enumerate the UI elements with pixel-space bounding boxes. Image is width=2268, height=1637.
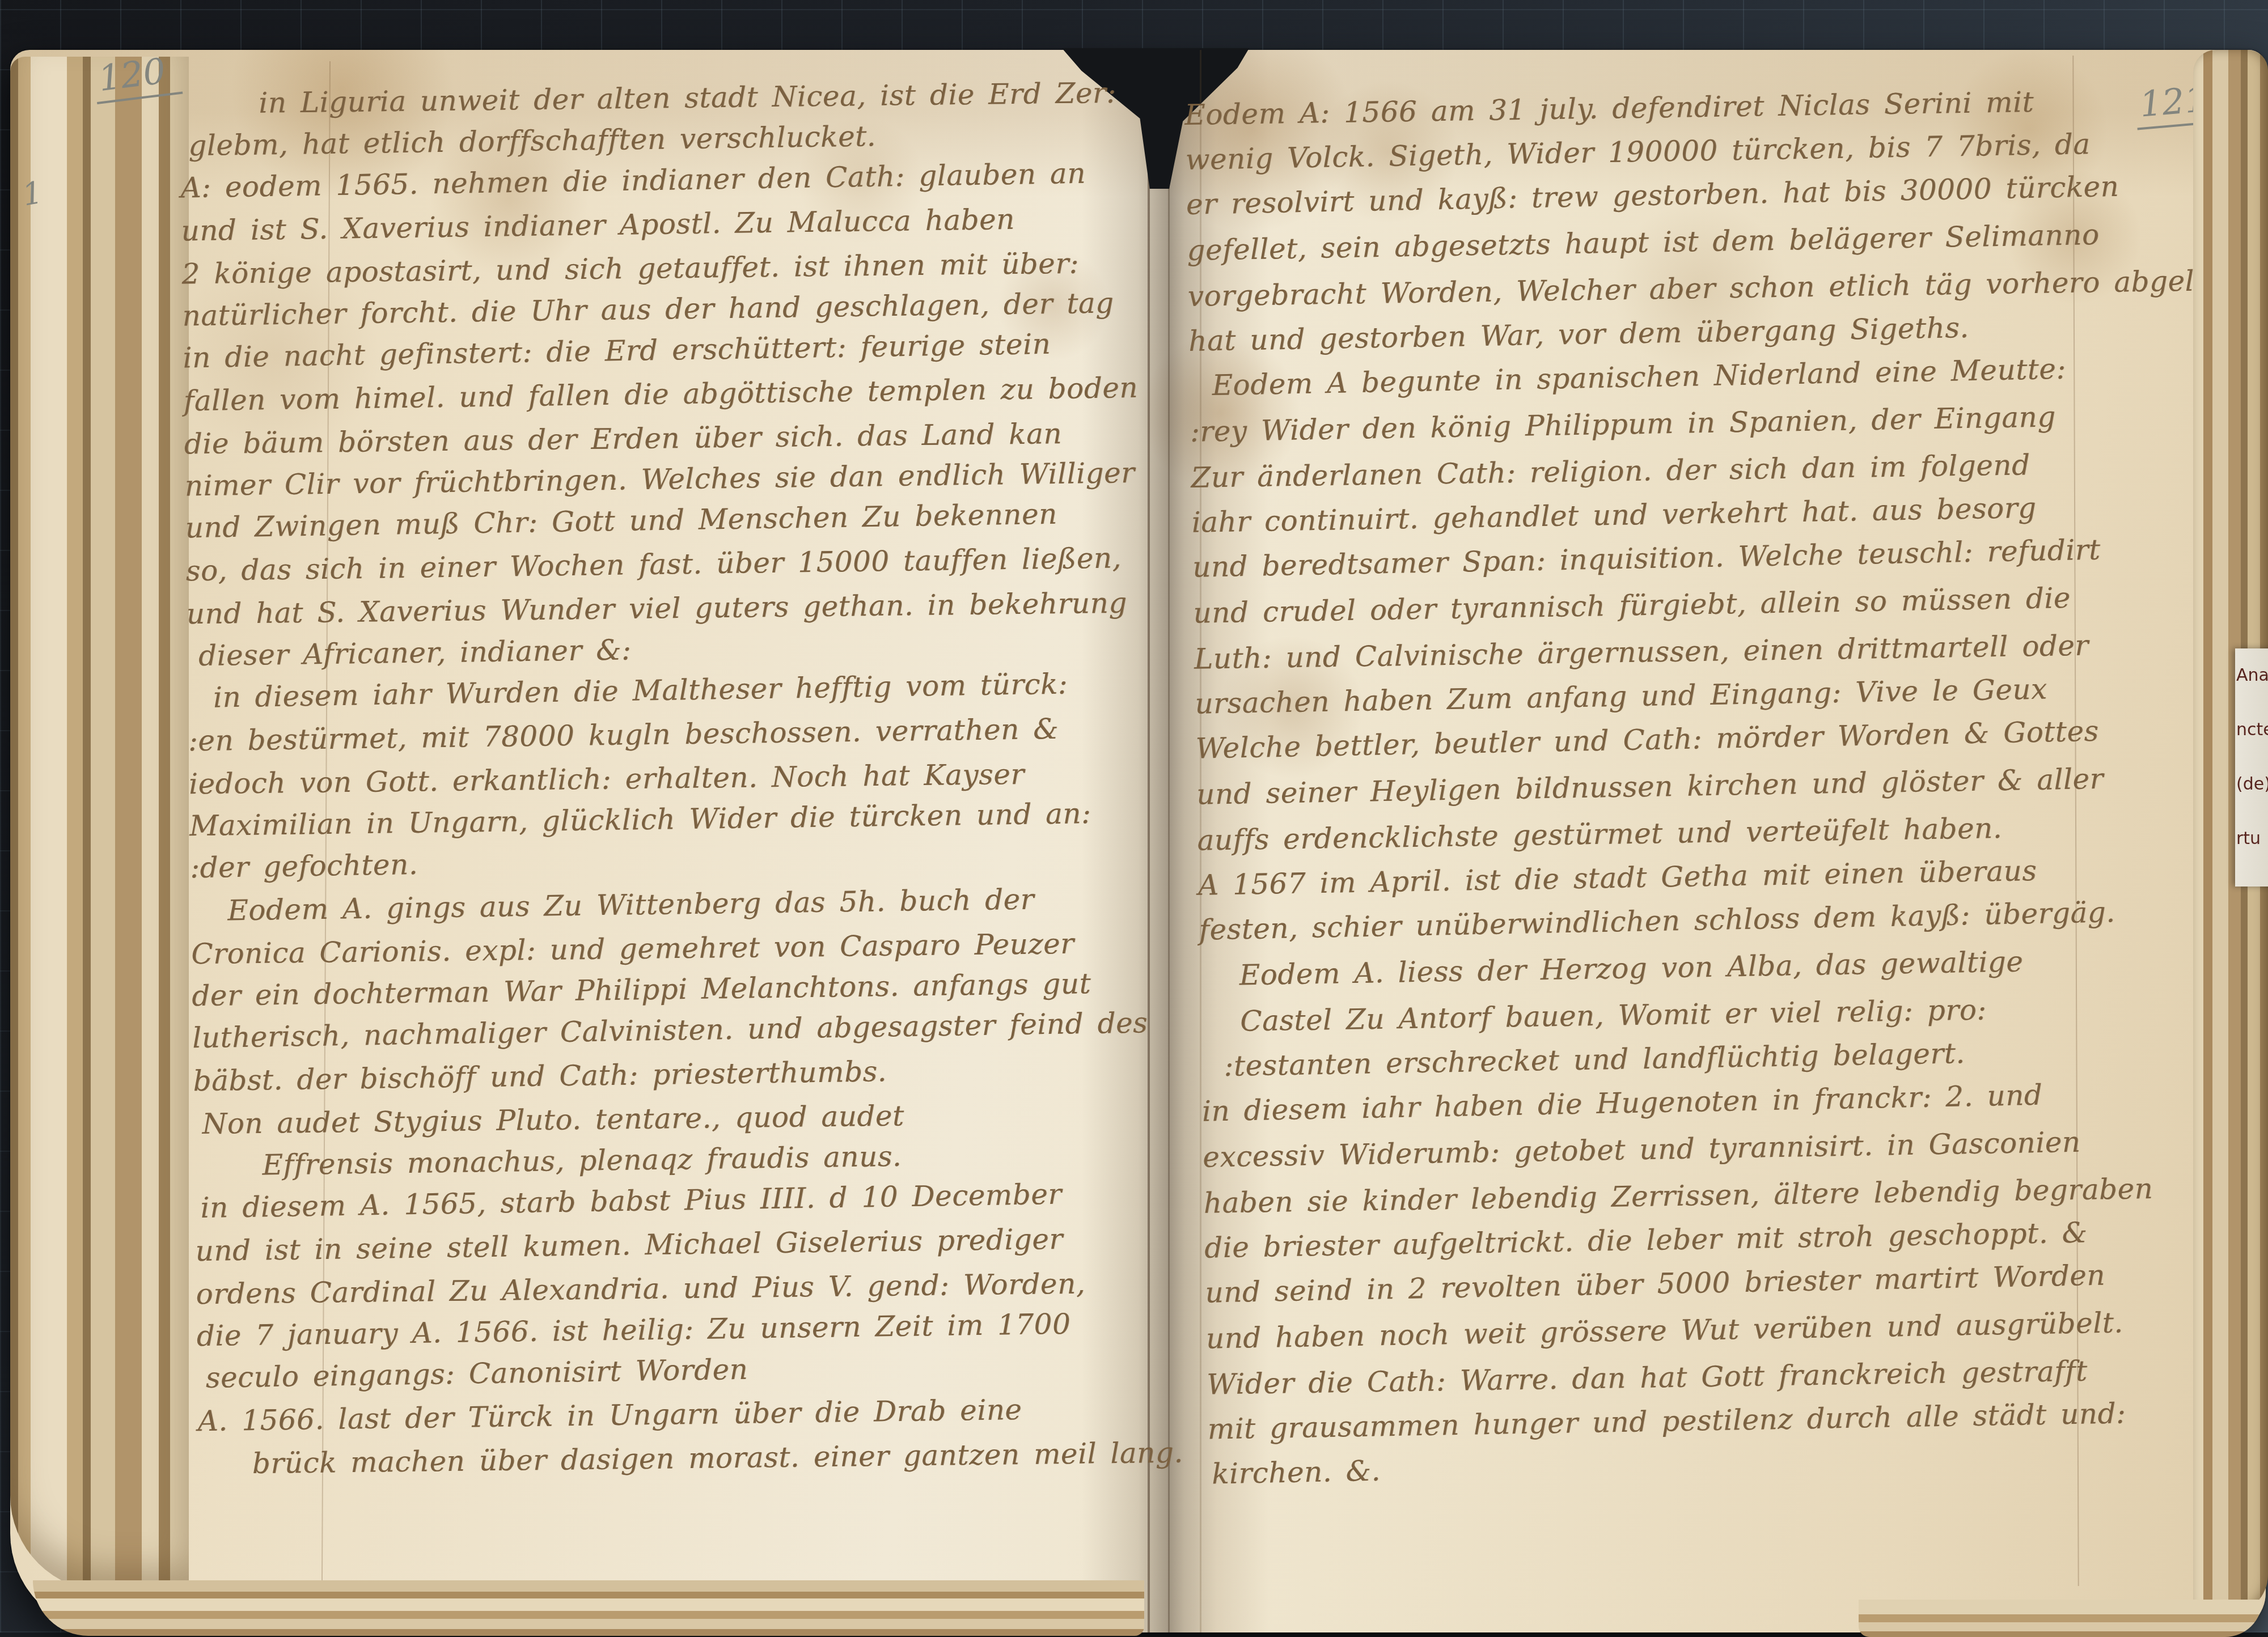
manuscript-book: 1 120 121 in Liguria unweit der alten st… bbox=[10, 50, 2266, 1632]
bottom-right-page-edge-stack bbox=[1859, 1600, 2262, 1632]
left-page-text: in Liguria unweit der alten stadt Nicea,… bbox=[179, 70, 1120, 1485]
cutting-mat-background: 1 120 121 in Liguria unweit der alten st… bbox=[0, 0, 2268, 1632]
manuscript-line: rtu bbox=[2236, 812, 2268, 866]
margin-slip-text: Anancte(de)rtu bbox=[2235, 648, 2268, 866]
manuscript-line: (de) bbox=[2236, 757, 2268, 812]
margin-slip: Anancte(de)rtu bbox=[2235, 648, 2268, 887]
left-page-edge-stack: 1 bbox=[10, 57, 189, 1592]
manuscript-line: Ana bbox=[2236, 648, 2268, 703]
right-page-text: Eodem A: 1566 am 31 july. defendiret Nic… bbox=[1184, 74, 2235, 1497]
bottom-page-edge-stack bbox=[33, 1580, 1144, 1632]
manuscript-line: ncte bbox=[2236, 703, 2268, 757]
edge-page-number-fragment: 1 bbox=[20, 174, 45, 213]
